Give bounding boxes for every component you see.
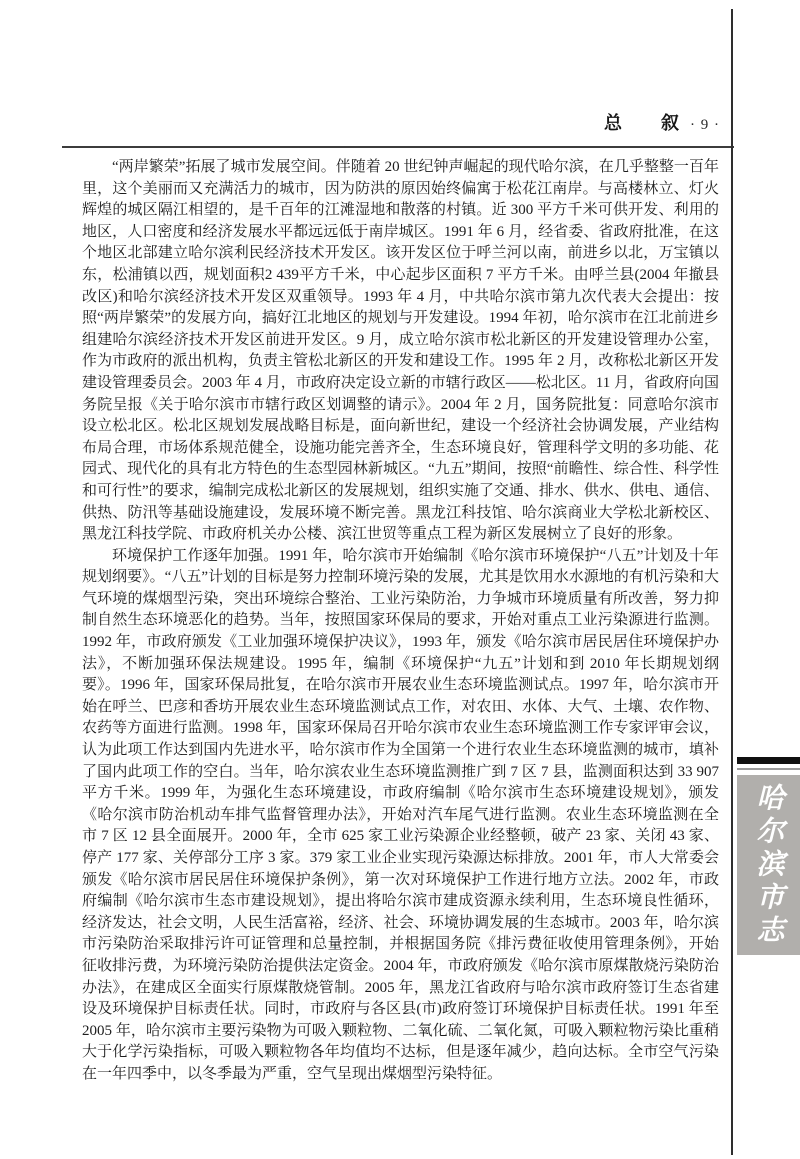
section-title: 总 叙 [604,113,680,133]
page-border-line [731,9,733,1155]
volume-title-vertical: 哈尔滨市志 [755,783,783,948]
paragraph-development: “两岸繁荣”拓展了城市发展空间。伴随着 20 世纪钟声崛起的现代哈尔滨，在几乎整… [82,157,719,546]
book-page: 总 叙· 9 · “两岸繁荣”拓展了城市发展空间。伴随着 20 世纪钟声崛起的现… [0,0,800,1159]
paragraph-environment: 环境保护工作逐年加强。1991 年，哈尔滨市开始编制《哈尔滨市环境保护“八五”计… [82,546,719,1086]
side-tab-thin-line [737,768,800,770]
page-number: · 9 · [690,117,720,133]
header-rule [62,146,734,148]
body-text: “两岸繁荣”拓展了城市发展空间。伴随着 20 世纪钟声崛起的现代哈尔滨，在几乎整… [82,157,719,1086]
side-tab-panel: 哈尔滨市志 [737,775,800,955]
side-tab-black-bar [737,757,800,764]
side-tab: 哈尔滨市志 [737,757,800,955]
running-header: 总 叙· 9 · [604,109,720,135]
